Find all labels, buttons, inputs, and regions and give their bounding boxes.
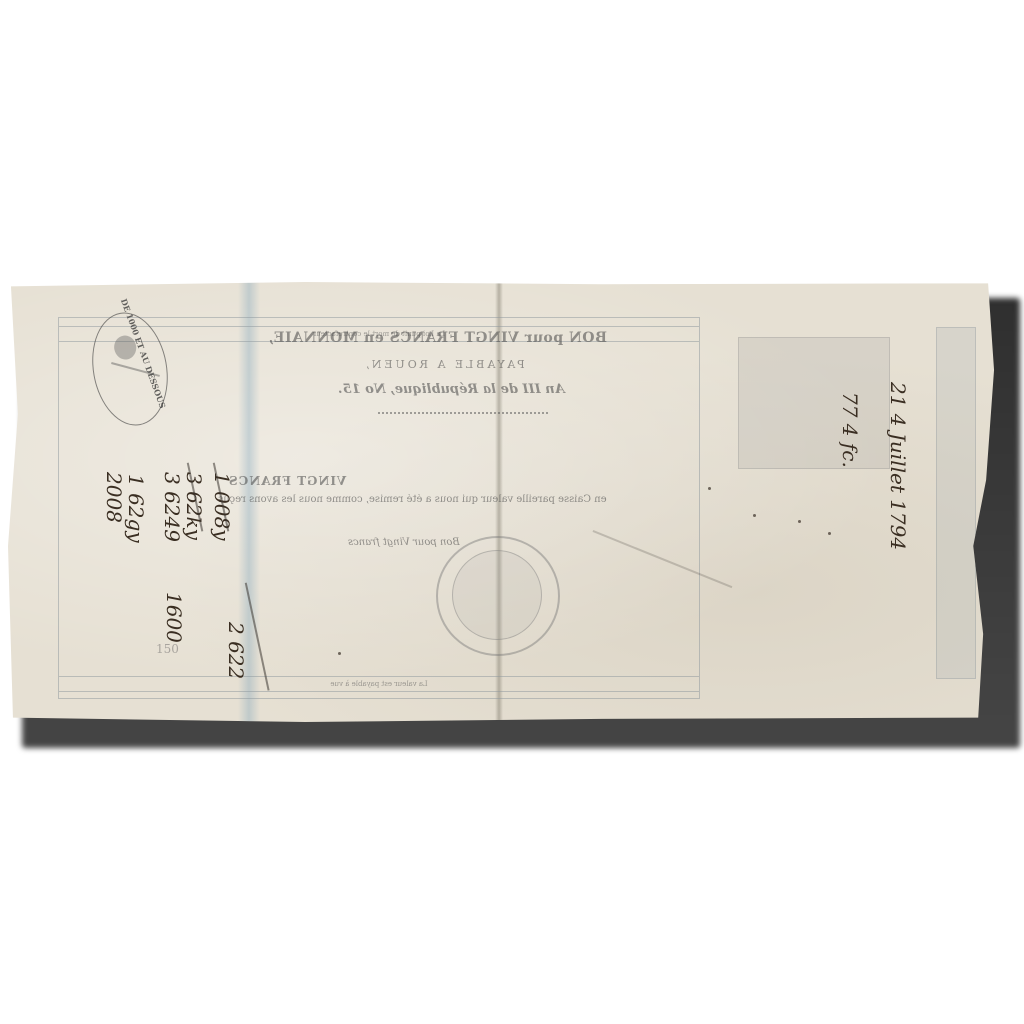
corner-number: 150 [156, 642, 179, 656]
handwritten-number: 3 6249 [160, 472, 184, 542]
handwritten-number: 2 622 [224, 622, 248, 679]
handwritten-number: 1600 [162, 592, 186, 643]
handwritten-date: 21 4 Juillet 1794 [886, 382, 910, 550]
subheader-line: PAYABLE A ROUEN, [363, 358, 525, 371]
handwritten-number: 1 62gy [124, 474, 148, 543]
dry-seal-emblem [436, 536, 560, 656]
dotted-divider [378, 412, 548, 414]
bottom-border-text: La valeur est payable à vue [59, 676, 699, 692]
ink-speck [338, 652, 341, 655]
amount-line: VINGT FRANCS [228, 474, 346, 488]
ink-speck [708, 487, 711, 490]
body-line: en Caisse pareille valeur qui nous a été… [218, 494, 607, 505]
signature-line: Bon pour Vingt francs [348, 537, 460, 548]
header-line: BON pour VINGT FRANCS en MONNAIE, [268, 330, 607, 346]
right-vignette [738, 337, 890, 469]
seal-inner-ring [452, 550, 542, 640]
banknote: La Loi punit de mort le contrefacteur La… [8, 282, 998, 722]
ink-speck [828, 532, 831, 535]
issue-line: An III de la République, No 15. [338, 382, 565, 397]
ink-speck [798, 520, 801, 523]
handwritten-number: 2008 [102, 472, 126, 523]
handwritten-amount: 77 4 fc. [838, 392, 862, 468]
right-edge-strip [936, 327, 976, 679]
ink-speck [753, 514, 756, 517]
